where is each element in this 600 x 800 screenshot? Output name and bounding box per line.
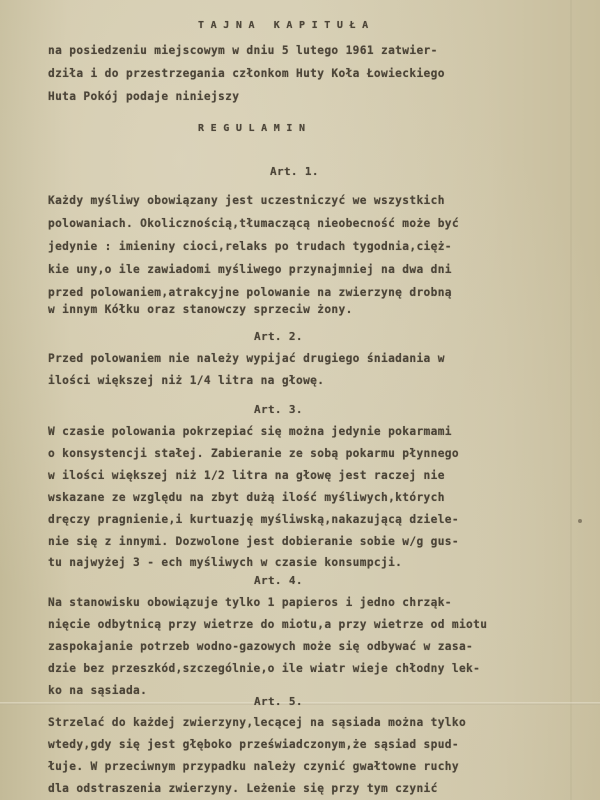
article-line: przed polowaniem,atrakcyjne polowanie na…: [48, 286, 452, 299]
article-line: nięcie odbytnicą przy wietrze do miotu,a…: [48, 618, 487, 631]
article-line: o konsystencji stałej. Zabieranie ze sob…: [48, 447, 459, 460]
intro-line: dziła i do przestrzegania członkom Huty …: [48, 67, 445, 80]
article-heading: Art. 5.: [254, 695, 303, 708]
article-line: wtedy,gdy się jest głęboko przeświadczon…: [48, 738, 459, 751]
article-heading: Art. 4.: [254, 574, 303, 587]
document-title: TAJNA KAPITUŁA: [198, 20, 375, 31]
article-line: w ilości większej niż 1/2 litra na głowę…: [48, 469, 445, 482]
article-heading: Art. 2.: [254, 330, 303, 343]
article-line: kie uny,o ile zawiadomi myśliwego przyna…: [48, 263, 452, 276]
article-line: Strzelać do każdej zwierzyny,lecącej na …: [48, 716, 466, 729]
article-line: Każdy myśliwy obowiązany jest uczestnicz…: [48, 194, 445, 207]
article-line: ko na sąsiada.: [48, 684, 147, 697]
article-line: łuje. W przeciwnym przypadku należy czyn…: [48, 760, 459, 773]
document-page: TAJNA KAPITUŁA na posiedzeniu miejscowym…: [0, 0, 600, 800]
article-line: Przed polowaniem nie należy wypijać drug…: [48, 352, 445, 365]
article-heading: Art. 3.: [254, 403, 303, 416]
article-line: dzie bez przeszkód,szczególnie,o ile wia…: [48, 662, 480, 675]
article-line: wskazane ze względu na zbyt dużą ilość m…: [48, 491, 445, 504]
article-line: jedynie : imieniny cioci,relaks po truda…: [48, 240, 452, 253]
regulations-heading: REGULAMIN: [198, 123, 312, 134]
intro-line: na posiedzeniu miejscowym w dniu 5 luteg…: [48, 44, 438, 57]
article-heading: Art. 1.: [270, 165, 319, 178]
article-line: polowaniach. Okolicznością,tłumaczącą ni…: [48, 217, 459, 230]
article-line: nie się z innymi. Dozwolone jest dobiera…: [48, 535, 459, 548]
article-line: dręczy pragnienie,i kurtuazję myśliwską,…: [48, 513, 459, 526]
article-line: zaspokajanie potrzeb wodno-gazowych może…: [48, 640, 473, 653]
paper-crease-vertical: [570, 0, 572, 800]
article-line: tu najwyżej 3 - ech myśliwych w czasie k…: [48, 556, 402, 569]
article-line: W czasie polowania pokrzepiać się można …: [48, 425, 452, 438]
article-line: Na stanowisku obowiązuje tylko 1 papiero…: [48, 596, 452, 609]
article-line: w innym Kółku oraz stanowczy sprzeciw żo…: [48, 303, 353, 316]
ink-speck: [578, 519, 582, 523]
intro-line: Huta Pokój podaje niniejszy: [48, 90, 239, 103]
article-line: ilości większej niż 1/4 litra na głowę.: [48, 374, 324, 387]
article-line: dla odstraszenia zwierzyny. Leżenie się …: [48, 782, 438, 795]
